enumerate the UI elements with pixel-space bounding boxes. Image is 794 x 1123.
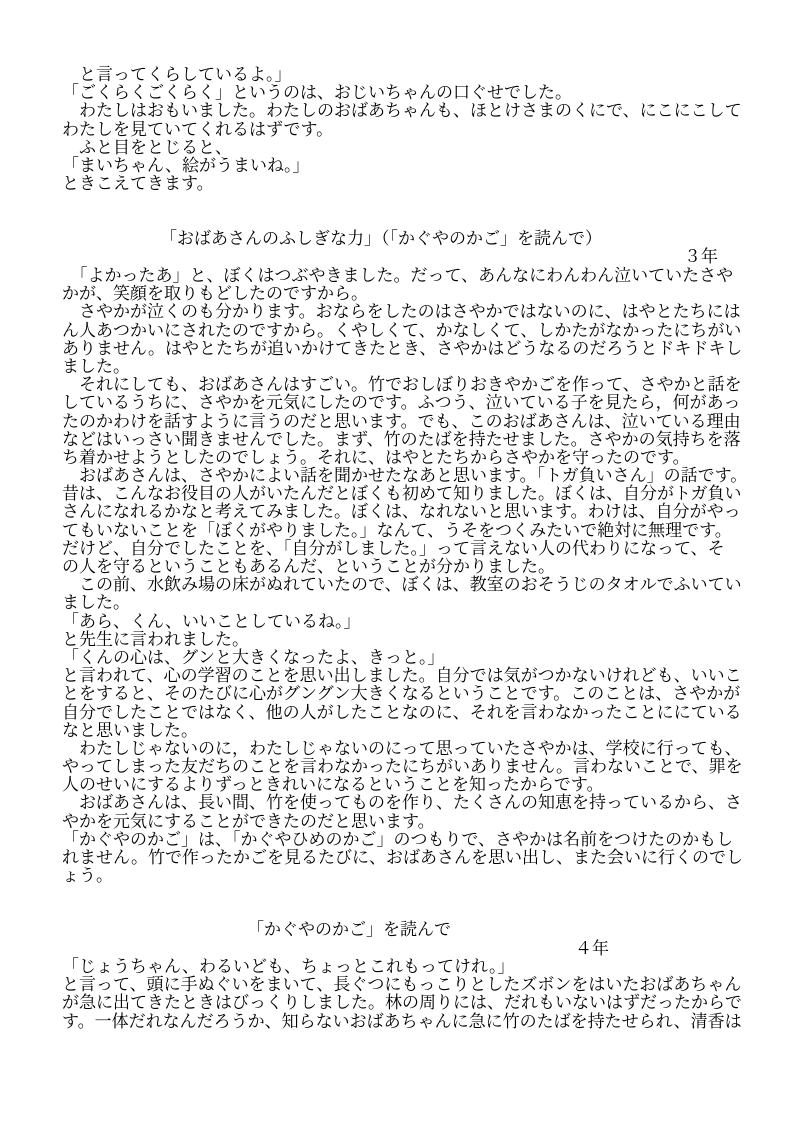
text-line: おばあさんは、長い間、竹を使ってものを作り、たくさんの知恵を持っているから、さ	[62, 794, 747, 812]
essay-grade3-grade-label: ３年	[684, 248, 718, 266]
essay-grade4-grade-label: ４年	[575, 940, 609, 958]
text-line: の人を守るということもあるんだ、ということが分かりました。	[62, 558, 747, 576]
text-line: かが、笑顔を取りもどしたのですから。	[62, 285, 747, 303]
text-line: 「ごくらくごくらく」というのは、おじいちゃんの口ぐせでした。	[62, 84, 742, 102]
text-line: と先生に言われました。	[62, 631, 747, 649]
text-line: れません。竹で作ったかごを見るたびに、おばあさんを思い出し、また会いに行くのでし	[62, 849, 747, 867]
text-line: さやかが泣くのも分かります。おならをしたのはさやかではないのに、はやとたちには	[62, 303, 747, 321]
text-line: だけど、自分でしたことを、「自分がしました。」って言えない人の代わりになって、そ	[62, 540, 747, 558]
text-line: とをすると、そのたびに心がグングン大きくなるということです。このことは、さやかが	[62, 685, 747, 703]
text-line: やかを元気にすることができたのだと思います。	[62, 813, 747, 831]
text-line: と言って、頭に手ぬぐいをまいて、長ぐつにもっこりとしたズボンをはいたおばあちゃん	[62, 976, 742, 994]
essay-grade4-title: 「かぐやのかご」を読んで	[247, 921, 451, 939]
text-line: などはいっさい聞きませんでした。まず、竹のたばを持たせました。さやかの気持ちを落	[62, 431, 747, 449]
text-line: やってしまった友だちのことを言わなかったにちがいありません。言わないことで、罪を	[62, 758, 747, 776]
text-line: ました。	[62, 594, 747, 612]
text-line: おばあさんは、さやかによい話を聞かせたなあと思います。「トガ負いさん」の話です。	[62, 467, 747, 485]
text-line: 「じょうちゃん、わるいども、ちょっとこれもってけれ。」	[62, 958, 742, 976]
text-line: 「かぐやのかご」は、「かぐやひめのかご」のつもりで、さやかは名前をつけたのかもし	[62, 831, 747, 849]
essay-grade4-body: 「じょうちゃん、わるいども、ちょっとこれもってけれ。」と言って、頭に手ぬぐいをま…	[62, 958, 742, 1031]
text-line: と言われて、心の学習のことを思い出しました。自分では気がつかないけれども、いいこ	[62, 667, 747, 685]
text-line: 「くんの心は、グンと大きくなったよ、きっと。」	[62, 649, 747, 667]
text-line: それにしても、おばあさんはすごい。竹でおしぼりおきやかごを作って、さやかと話を	[62, 376, 747, 394]
text-line: ありません。はやとたちが追いかけてきたとき、さやかはどうなるのだろうとドキドキし	[62, 340, 747, 358]
text-line: す。一体だれなんだろうか、知らないおばあちゃんに急に竹のたばを持たせられ、清香は	[62, 1013, 742, 1031]
text-line: 昔は、こんなお役目の人がいたんだとぼくも初めて知りました。ぼくは、自分がトガ負い	[62, 485, 747, 503]
essay-grade3-body: 「よかったあ」と、ぼくはつぶやきました。だって、あんなにわんわん泣いていたさやか…	[62, 267, 747, 885]
text-line: わたしじゃないのに，わたしじゃないのにって思っていたさやかは、学校に行っても、	[62, 740, 747, 758]
text-line: ち着かせようとしたのでしょう。それに、はやとたちからさやかを守ったのです。	[62, 449, 747, 467]
text-line: わたしはおもいました。わたしのおばあちゃんも、ほとけさまのくにで、にこにこして	[62, 102, 742, 120]
essay-grade3-title: 「おばあさんのふしぎな力」（「かぐやのかご」を読んで）	[160, 230, 602, 248]
text-line: と言ってくらしているよ。」	[62, 66, 742, 84]
text-line: なと思いました。	[62, 722, 747, 740]
text-line: てもいないことを「ぼくがやりました。」なんて、うそをつくみたいで絶対に無理です。	[62, 522, 747, 540]
text-line: さんになれるかなと考えてみました。ぼくは、なれないと思います。わけは、自分がやっ	[62, 503, 747, 521]
intro-paragraphs: と言ってくらしているよ。」「ごくらくごくらく」というのは、おじいちゃんの口ぐせで…	[62, 66, 742, 193]
text-line: わたしを見ていてくれるはずです。	[62, 121, 742, 139]
text-line: ん人あつかいにされたのですから。くやしくて、かなしくて、しかたがなかったにちがい	[62, 322, 747, 340]
text-line: 「よかったあ」と、ぼくはつぶやきました。だって、あんなにわんわん泣いていたさや	[62, 267, 747, 285]
text-line: 自分でしたことではなく、他の人がしたことなのに、それを言わなかったことににている	[62, 704, 747, 722]
text-line: たのかわけを話すように言うのだと思います。でも、このおばあさんは、泣いている理由	[62, 413, 747, 431]
text-line: しているうちに、さやかを元気にしたのです。ふつう、泣いている子を見たら，何があっ	[62, 394, 747, 412]
text-line: 「まいちゃん、絵がうまいね。」	[62, 157, 742, 175]
text-line: 「あら、くん、いいことしているね。」	[62, 613, 747, 631]
text-line: ふと目をとじると、	[62, 139, 742, 157]
text-line: ました。	[62, 358, 747, 376]
text-line: この前、水飲み場の床がぬれていたので、ぼくは、教室のおそうじのタオルでふいてい	[62, 576, 747, 594]
text-line: ょう。	[62, 867, 747, 885]
text-line: 人のせいにするよりずっときれいになるということを知ったからです。	[62, 776, 747, 794]
document-page: と言ってくらしているよ。」「ごくらくごくらく」というのは、おじいちゃんの口ぐせで…	[0, 0, 794, 1123]
text-line: ときこえてきます。	[62, 175, 742, 193]
text-line: が急に出てきたときはびっくりしました。林の周りには、だれもいないはずだったからで	[62, 994, 742, 1012]
